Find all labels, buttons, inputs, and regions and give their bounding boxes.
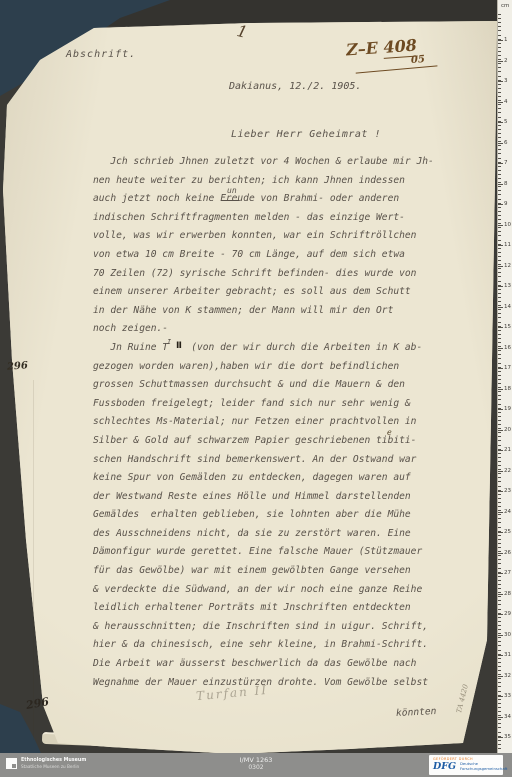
ruler-minor-tick (498, 51, 501, 52)
ruler-minor-tick (498, 465, 501, 466)
ruler-cm-tick (498, 532, 503, 533)
ruler-minor-tick (498, 235, 501, 236)
correction-tibeti: e (387, 428, 392, 437)
document-scan: Abschrift. 1 Z–E 408 05 Dakianus, 12./2.… (0, 0, 512, 777)
letter-line: Dämonfigur wurde gerettet. Eine falsche … (93, 543, 434, 562)
ruler-cm-number: 24 (504, 509, 511, 515)
ruler-minor-tick (498, 514, 501, 515)
ruler-cm-number: 34 (504, 714, 511, 720)
ruler-minor-tick (498, 506, 501, 507)
ruler-minor-tick (498, 682, 501, 683)
ruler-minor-tick (498, 629, 501, 630)
ruler-minor-tick (498, 158, 501, 159)
ruler-minor-tick (498, 350, 501, 351)
ruler-cm-tick (498, 61, 503, 62)
ruler-cm-tick (498, 676, 503, 677)
letter-line: auch jetzt noch keine Freude von Brahmi-… (93, 190, 434, 209)
letter-line: & herausschnitten; die Inschriften sind … (93, 618, 434, 637)
ruler-minor-tick (498, 522, 501, 523)
registry-prefix: Z–E (345, 38, 384, 60)
ruler-minor-tick (498, 26, 501, 27)
ruler-minor-tick (498, 190, 501, 191)
ruler-cm-number: 9 (504, 201, 508, 207)
ruler-minor-tick (498, 166, 501, 167)
ruler-cm-number: 13 (504, 283, 511, 289)
letter-line: noch zeigen.- (93, 320, 434, 339)
ruler-minor-tick (498, 133, 501, 134)
ruler-minor-tick (498, 395, 501, 396)
letter-line: von etwa 10 cm Breite - 70 cm Länge, auf… (93, 246, 434, 265)
ruler-minor-tick (498, 371, 501, 372)
ruler-minor-tick (498, 727, 501, 728)
ruler-minor-tick (498, 63, 501, 64)
ruler-minor-tick (498, 309, 501, 310)
ruler-minor-tick (498, 699, 501, 700)
ruler-cm-number: 5 (504, 119, 508, 125)
ruler-minor-tick (498, 330, 501, 331)
folio-number-margin: 296 (7, 360, 29, 372)
ruler-minor-tick (498, 145, 501, 146)
ruler-minor-tick (498, 43, 501, 44)
ruler-minor-tick (498, 219, 501, 220)
ruler-cm-number: 29 (504, 611, 511, 617)
ruler-minor-tick (498, 252, 501, 253)
ruler-cm-tick (498, 143, 503, 144)
ruler-minor-tick (498, 637, 501, 638)
ruler-minor-tick (498, 691, 501, 692)
ruler-cm-number: 30 (504, 632, 511, 638)
ruler-minor-tick (498, 71, 501, 72)
ruler-minor-tick (498, 527, 501, 528)
ruler-cm-tick (498, 737, 503, 738)
ruine-superscript: I (167, 338, 171, 346)
ruler-minor-tick (498, 92, 501, 93)
ruler-cm-tick (498, 573, 503, 574)
ruler-cm-number: 4 (504, 99, 508, 105)
ruler-cm-tick (498, 594, 503, 595)
ruler-minor-tick (498, 170, 501, 171)
ruler-cm-number: 16 (504, 345, 511, 351)
ruler-minor-tick (498, 272, 501, 273)
ruler-minor-tick (498, 440, 501, 441)
letter-line: des Ausschneidens nicht, da sie zu zerst… (93, 525, 434, 544)
ruler-minor-tick (498, 334, 501, 335)
catchword: könnten (396, 706, 437, 719)
ruler-cm-number: 22 (504, 468, 511, 474)
ruler-minor-tick (498, 576, 501, 577)
letter-line: & verdeckte die Südwand, an der wir noch… (93, 581, 434, 600)
ruler-cm-number: 31 (504, 652, 511, 658)
ruine-hand-mark: Ⅱ (176, 341, 182, 351)
ruler-cm-tick (498, 266, 503, 267)
ruler-cm-tick (498, 389, 503, 390)
ruler-minor-tick (498, 227, 501, 228)
ruler-minor-tick (498, 732, 501, 733)
ruler-minor-tick (498, 375, 501, 376)
ruler-minor-tick (498, 317, 501, 318)
ruler-minor-tick (498, 268, 501, 269)
dfg-full-name: Deutsche Forschungsgemeinschaft (460, 762, 507, 771)
ruler-minor-tick (498, 281, 501, 282)
ruler-minor-tick (498, 293, 501, 294)
ruler-minor-tick (498, 399, 501, 400)
ruler-cm-number: 32 (504, 673, 511, 679)
ruler-minor-tick (498, 670, 501, 671)
ruler-minor-tick (498, 117, 501, 118)
ruler-minor-tick (498, 84, 501, 85)
ruler-minor-tick (498, 178, 501, 179)
letter-line: schlechtes Ms-Material; nur Fetzen einer… (93, 413, 434, 432)
ruler-minor-tick (498, 580, 501, 581)
ruler-cm-number: 17 (504, 365, 511, 371)
correction-funde: un (227, 186, 237, 195)
ruler-cm-tick (498, 717, 503, 718)
ruler-cm-tick (498, 327, 503, 328)
letter-line: leidlich erhaltener Porträts mit Jnschri… (93, 599, 434, 618)
ruler-minor-tick (498, 568, 501, 569)
ruler-minor-tick (498, 112, 501, 113)
ruler-unit-label: cm (501, 3, 509, 9)
ruler-minor-tick (498, 35, 501, 36)
ruler-cm-number: 10 (504, 222, 511, 228)
ruler-cm-number: 26 (504, 550, 511, 556)
ruler-minor-tick (498, 518, 501, 519)
ruler-minor-tick (498, 207, 501, 208)
registry-year: 05 (411, 54, 426, 66)
ruler-cm-number: 28 (504, 591, 511, 597)
ruler-minor-tick (498, 486, 501, 487)
ruler-minor-tick (498, 215, 501, 216)
ruler-cm-tick (498, 286, 503, 287)
letter-line: Jn Ruine T (von der wir durch die Arbeit… (93, 339, 434, 358)
ruler-cm-number: 33 (504, 693, 511, 699)
ruler-cm-tick (498, 307, 503, 308)
page-fold-line (33, 380, 34, 740)
ruler-minor-tick (498, 338, 501, 339)
ruler-cm-tick (498, 81, 503, 82)
ruler-cm-number: 7 (504, 160, 508, 166)
dfg-logo: GEFÖRDERT DURCH DFG Deutsche Forschungsg… (429, 755, 503, 775)
ruler-minor-tick (498, 88, 501, 89)
ruler-minor-tick (498, 420, 501, 421)
letter-body: Jch schrieb Jhnen zuletzt vor 4 Wochen &… (93, 153, 434, 692)
letter-line: für das Gewölbe) war mit einem gewölbten… (93, 562, 434, 581)
ruler-minor-tick (498, 67, 501, 68)
ruler-minor-tick (498, 502, 501, 503)
ruler-minor-tick (498, 96, 501, 97)
ruler-minor-tick (498, 711, 501, 712)
ruler-minor-tick (498, 76, 501, 77)
ruler-cm-tick (498, 512, 503, 513)
letter-line: hier & da chinesisch, eine sehr kleine, … (93, 636, 434, 655)
ruler-minor-tick (498, 18, 501, 19)
ruler-cm-number: 11 (504, 242, 511, 248)
ruler-minor-tick (498, 744, 501, 745)
letter-line: gezogen worden waren),haben wir die dort… (93, 358, 434, 377)
letter-line: Die Arbeit war äusserst beschwerlich da … (93, 655, 434, 674)
letter-line: Fussboden freigelegt; leider fand sich n… (93, 395, 434, 414)
ruler-minor-tick (498, 621, 501, 622)
ruler-minor-tick (498, 617, 501, 618)
ruler-minor-tick (498, 30, 501, 31)
ruler-minor-tick (498, 55, 501, 56)
ruler-minor-tick (498, 473, 501, 474)
ruler-minor-tick (498, 740, 501, 741)
ruler-cm-tick (498, 491, 503, 492)
ruler-cm-number: 35 (504, 734, 511, 740)
ruler-minor-tick (498, 186, 501, 187)
ruler-cm-tick (498, 225, 503, 226)
measurement-ruler: cm12345678910111213141516171819202122232… (497, 0, 512, 753)
ruler-minor-tick (498, 248, 501, 249)
footer-bar: Ethnologisches Museum Staatliche Museen … (0, 753, 512, 777)
ruler-cm-tick (498, 471, 503, 472)
letter-line: indischen Schriftfragmenten melden - das… (93, 209, 434, 228)
ruler-minor-tick (498, 358, 501, 359)
ruler-cm-number: 15 (504, 324, 511, 330)
ruler-cm-number: 18 (504, 386, 511, 392)
ruler-cm-number: 21 (504, 447, 511, 453)
ruler-minor-tick (498, 461, 501, 462)
ruler-cm-tick (498, 245, 503, 246)
ruler-minor-tick (498, 301, 501, 302)
ruler-minor-tick (498, 539, 501, 540)
letter-line: 70 Zeilen (72) syrische Schrift befinden… (93, 265, 434, 284)
ruler-cm-tick (498, 553, 503, 554)
dfg-name-line2: Forschungsgemeinschaft (460, 767, 507, 772)
registry-line: Z–E 408 (345, 36, 417, 60)
ruler-minor-tick (498, 719, 501, 720)
ruler-minor-tick (498, 625, 501, 626)
letter-line: volle, was wir erwerben konnten, war ein… (93, 227, 434, 246)
ruler-cm-tick (498, 409, 503, 410)
ruler-minor-tick (498, 22, 501, 23)
letter-line: schen Handschrift sind bemerkenswert. An… (93, 451, 434, 470)
letter-line: nen heute weiter zu berichten; ich kann … (93, 172, 434, 191)
ruler-minor-tick (498, 240, 501, 241)
ruler-minor-tick (498, 453, 501, 454)
ruler-minor-tick (498, 686, 501, 687)
ruler-minor-tick (498, 596, 501, 597)
ruler-minor-tick (498, 559, 501, 560)
letter-line: Jch schrieb Jhnen zuletzt vor 4 Wochen &… (93, 153, 434, 172)
ruler-minor-tick (498, 658, 501, 659)
ruler-minor-tick (498, 703, 501, 704)
letter-line: der Westwand Reste eines Hölle und Himme… (93, 488, 434, 507)
letter-line: grossen Schuttmassen durchsucht & und di… (93, 376, 434, 395)
ruler-cm-number: 2 (504, 58, 508, 64)
ruler-minor-tick (498, 584, 501, 585)
ruler-cm-tick (498, 430, 503, 431)
ruler-cm-tick (498, 655, 503, 656)
ruler-cm-tick (498, 122, 503, 123)
ruler-minor-tick (498, 494, 501, 495)
ruler-minor-tick (498, 211, 501, 212)
ruler-minor-tick (498, 436, 501, 437)
ruler-cm-number: 25 (504, 529, 511, 535)
ruler-minor-tick (498, 153, 501, 154)
correction-strikethrough (221, 200, 239, 201)
ruler-cm-number: 6 (504, 140, 508, 146)
salutation: Lieber Herr Geheimrat ! (231, 129, 381, 140)
copy-stamp: Abschrift. (66, 49, 136, 60)
letter-line: Gemäldes erhalten geblieben, sie lohnten… (93, 506, 434, 525)
ruler-minor-tick (498, 555, 501, 556)
handwritten-registry-number: Z–E 408 05 (345, 36, 417, 60)
ruler-minor-tick (498, 289, 501, 290)
ruler-cm-tick (498, 204, 503, 205)
ruler-cm-tick (498, 450, 503, 451)
ruler-cm-tick (498, 368, 503, 369)
ruler-minor-tick (498, 650, 501, 651)
ruler-minor-tick (498, 256, 501, 257)
ruler-cm-number: 1 (504, 37, 508, 43)
ruler-minor-tick (498, 363, 501, 364)
ruler-minor-tick (498, 707, 501, 708)
ruler-cm-tick (498, 635, 503, 636)
ruler-cm-tick (498, 163, 503, 164)
ruler-cm-number: 3 (504, 78, 508, 84)
ruler-minor-tick (498, 432, 501, 433)
ruler-minor-tick (498, 125, 501, 126)
ruler-minor-tick (498, 276, 501, 277)
ruler-minor-tick (498, 383, 501, 384)
ruler-cm-tick (498, 102, 503, 103)
ruler-minor-tick (498, 588, 501, 589)
ruler-minor-tick (498, 342, 501, 343)
ruler-minor-tick (498, 47, 501, 48)
ruler-minor-tick (498, 137, 501, 138)
ruler-minor-tick (498, 723, 501, 724)
letter-line: Silber & Gold auf schwarzem Papier gesch… (93, 432, 434, 451)
ruler-minor-tick (498, 379, 501, 380)
ruler-cm-number: 12 (504, 263, 511, 269)
ruler-minor-tick (498, 404, 501, 405)
ruler-minor-tick (498, 231, 501, 232)
ruler-minor-tick (498, 666, 501, 667)
ruler-minor-tick (498, 748, 501, 749)
ruler-cm-tick (498, 184, 503, 185)
ruler-cm-number: 27 (504, 570, 511, 576)
ruler-minor-tick (498, 391, 501, 392)
ruler-minor-tick (498, 645, 501, 646)
letter-line: keine Spur von Gemälden zu entdecken, da… (93, 469, 434, 488)
ruler-minor-tick (498, 477, 501, 478)
ruler-minor-tick (498, 104, 501, 105)
ruler-minor-tick (498, 424, 501, 425)
ruler-cm-tick (498, 614, 503, 615)
ruler-cm-number: 14 (504, 304, 511, 310)
ruler-cm-number: 23 (504, 488, 511, 494)
ruler-minor-tick (498, 174, 501, 175)
ruler-minor-tick (498, 313, 501, 314)
ruler-minor-tick (498, 129, 501, 130)
dfg-abbreviation: DFG (433, 761, 456, 772)
ruler-minor-tick (498, 678, 501, 679)
letter-line: einem unserer Arbeiter gebracht; es soll… (93, 283, 434, 302)
ruler-minor-tick (498, 600, 501, 601)
ruler-minor-tick (498, 498, 501, 499)
letter-line: in der Nähe von K stammen; der Mann will… (93, 302, 434, 321)
ruler-minor-tick (498, 297, 501, 298)
ruler-minor-tick (498, 322, 501, 323)
ruler-minor-tick (498, 563, 501, 564)
ruler-cm-tick (498, 40, 503, 41)
ruler-cm-number: 19 (504, 406, 511, 412)
ruler-minor-tick (498, 199, 501, 200)
ruler-minor-tick (498, 641, 501, 642)
ruler-minor-tick (498, 481, 501, 482)
ruler-cm-tick (498, 696, 503, 697)
ruler-minor-tick (498, 108, 501, 109)
ruler-cm-number: 8 (504, 181, 508, 187)
ruler-minor-tick (498, 604, 501, 605)
ruler-minor-tick (498, 535, 501, 536)
ruler-minor-tick (498, 14, 501, 15)
ruler-minor-tick (498, 547, 501, 548)
ruler-cm-number: 20 (504, 427, 511, 433)
ruler-minor-tick (498, 354, 501, 355)
ruler-minor-tick (498, 457, 501, 458)
ruler-minor-tick (498, 149, 501, 150)
ruler-minor-tick (498, 412, 501, 413)
ruler-minor-tick (498, 543, 501, 544)
ruler-minor-tick (498, 194, 501, 195)
ruler-minor-tick (498, 416, 501, 417)
ruler-minor-tick (498, 445, 501, 446)
ruler-minor-tick (498, 662, 501, 663)
ruler-minor-tick (498, 260, 501, 261)
ruler-cm-tick (498, 348, 503, 349)
dateline: Dakianus, 12./2. 1905. (229, 81, 361, 92)
ruler-minor-tick (498, 609, 501, 610)
